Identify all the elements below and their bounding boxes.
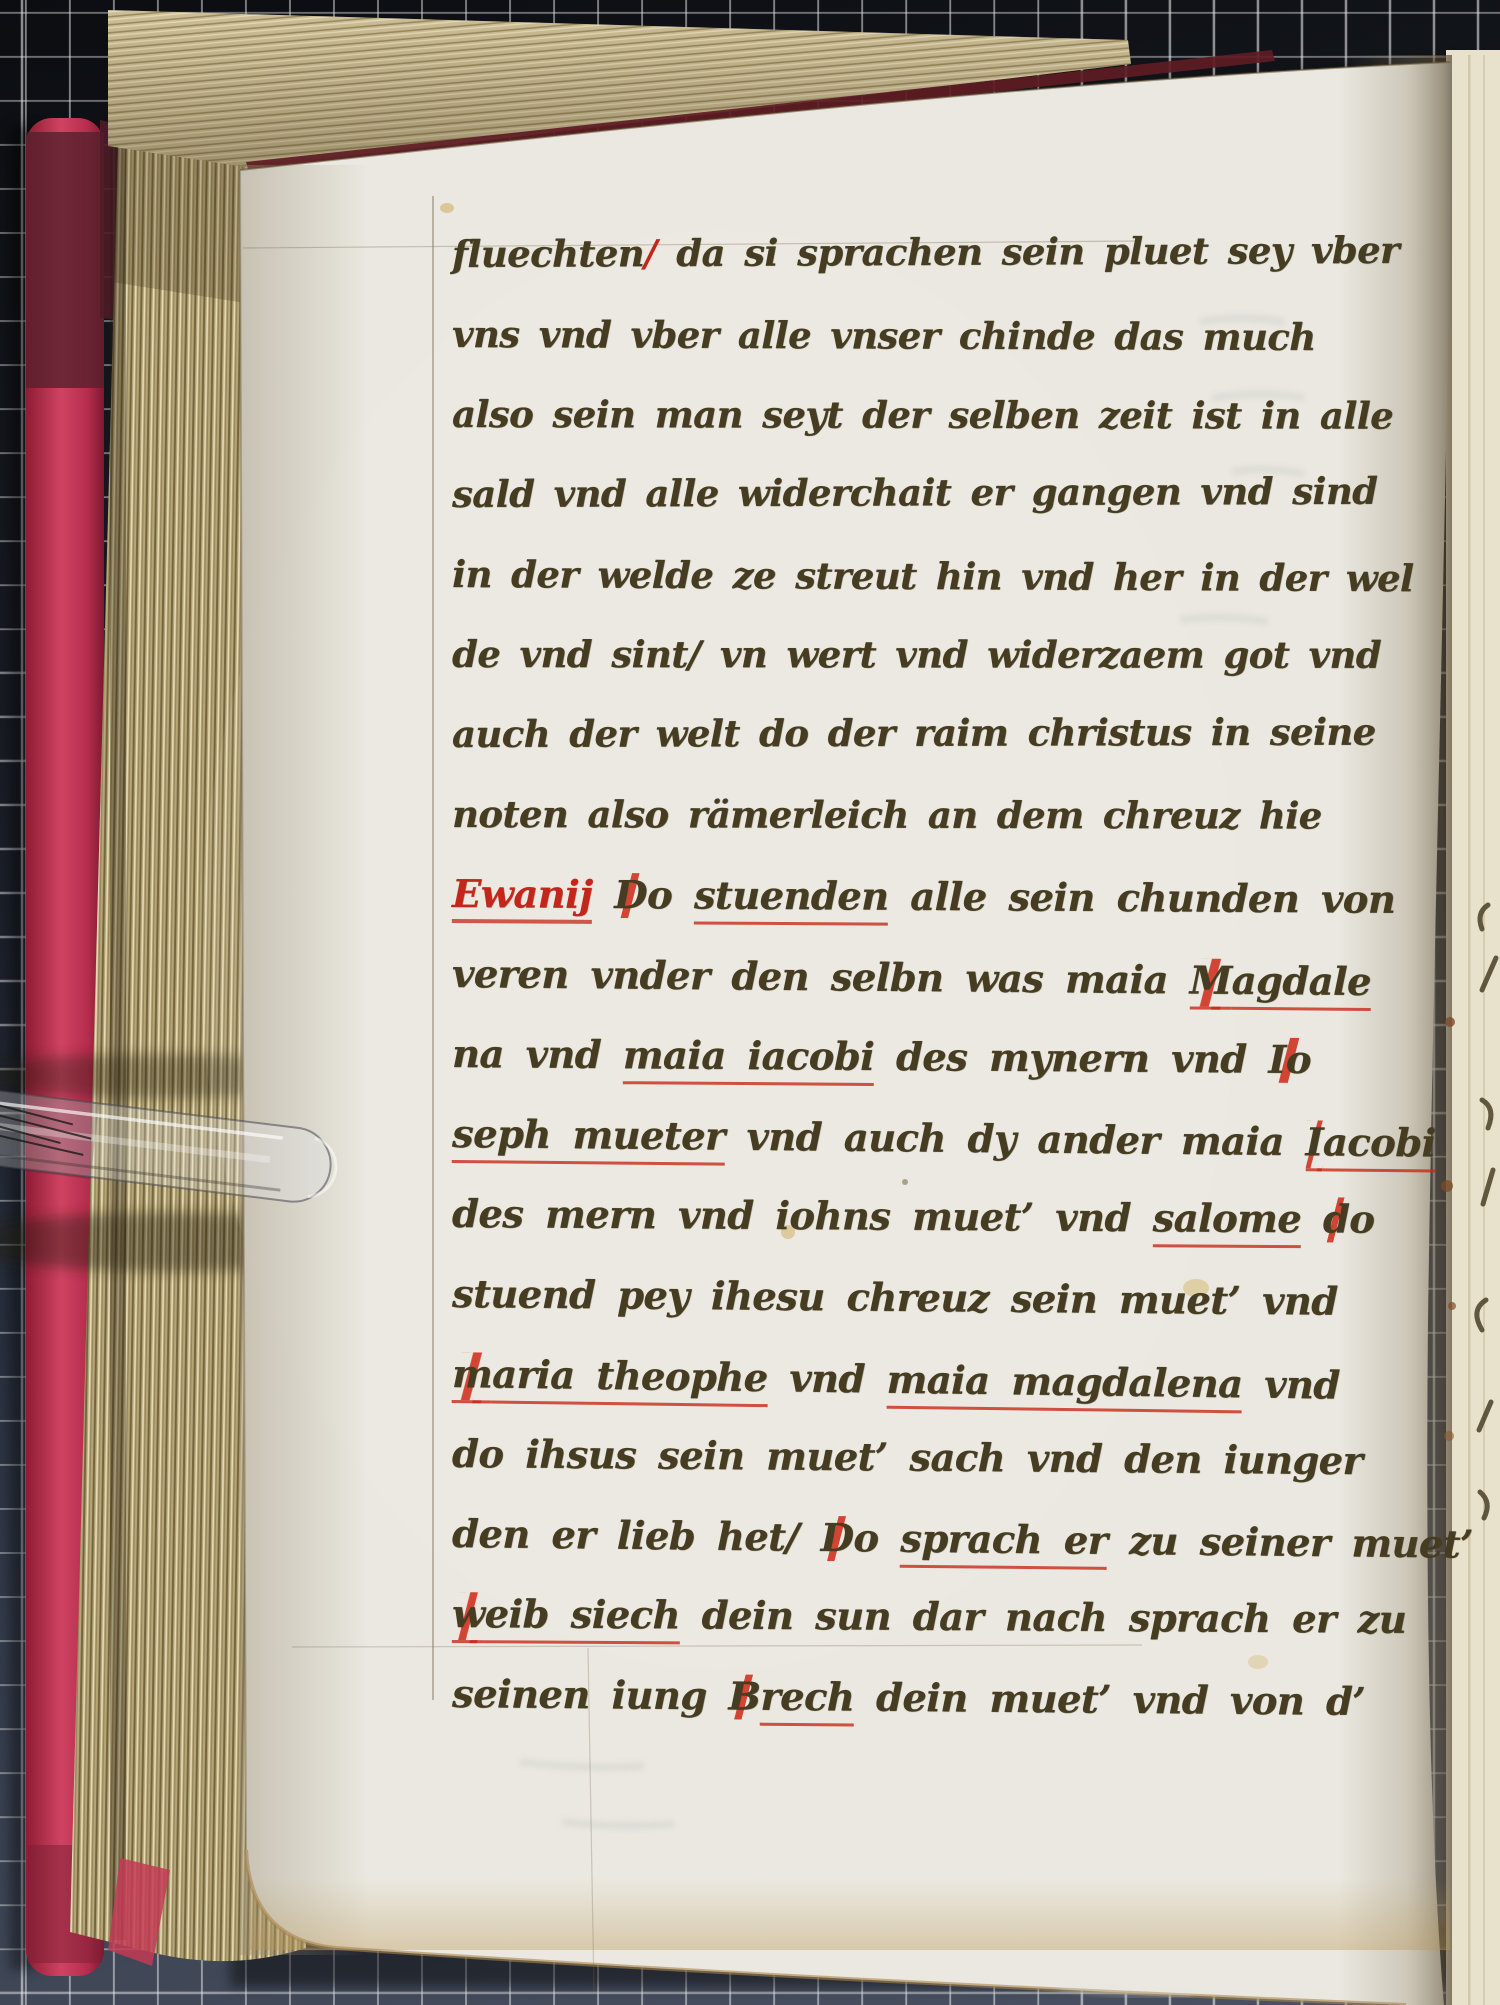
text-segment: sprach er <box>900 1517 1108 1570</box>
text-segment: also sein man seyt der selben zeit ist i… <box>452 392 1393 438</box>
text-segment: alle sein chunden von <box>888 875 1395 923</box>
text-segment: maia magdalena <box>886 1358 1242 1414</box>
manuscript-line: na vnd maia iacobi des mynern vnd Io <box>452 1036 1311 1080</box>
text-segment: in der welde ze streut hin vnd her in de… <box>452 552 1414 600</box>
text-block: fluechten/ da si sprachen sein pluet sey… <box>0 0 1500 2005</box>
text-segment: acobi <box>1323 1120 1436 1172</box>
text-segment: d <box>1323 1197 1350 1242</box>
text-segment: maia iacobi <box>623 1033 875 1086</box>
text-segment: o <box>647 873 694 918</box>
text-segment: dein sun dar nach sprach er zu <box>680 1593 1407 1642</box>
text-segment: I <box>1305 1120 1323 1171</box>
text-segment: dein muet’ vnd von d’ <box>854 1676 1365 1725</box>
text-segment: noten also rämerleich an dem chreuz hie <box>452 792 1322 838</box>
text-segment: veren vnder den selbn was maia <box>452 952 1190 1003</box>
text-segment: salome <box>1152 1196 1301 1248</box>
manuscript-line: seinen iung Brech dein muet’ vnd von d’ <box>452 1676 1365 1722</box>
text-segment: de vnd sint/ vn wert vnd widerzaem got v… <box>452 632 1381 677</box>
text-segment: zu seiner muet’ <box>1107 1519 1473 1568</box>
manuscript-line: maria theophe vnd maia magdalena vnd <box>452 1356 1340 1406</box>
manuscript-line: stuend pey ihesu chreuz sein muet’ vnd <box>452 1276 1338 1322</box>
manuscript-line: auch der welt do der raim christus in se… <box>452 714 1376 753</box>
text-segment: D <box>820 1516 853 1561</box>
text-segment: vns vnd vber alle vnser chinde das much <box>452 312 1316 359</box>
manuscript-line: in der welde ze streut hin vnd her in de… <box>452 556 1414 597</box>
text-segment: aria theophe <box>492 1353 768 1408</box>
text-segment <box>1301 1197 1323 1242</box>
text-segment <box>592 873 614 918</box>
manuscript-line: also sein man seyt der selben zeit ist i… <box>452 396 1393 435</box>
text-segment: stuend pey ihesu chreuz sein muet’ vnd <box>452 1272 1338 1325</box>
manuscript-line: de vnd sint/ vn wert vnd widerzaem got v… <box>452 636 1381 674</box>
manuscript-line: fluechten/ da si sprachen sein pluet sey… <box>452 232 1399 273</box>
text-segment: den er lieb het/ <box>452 1512 821 1561</box>
text-segment: stuenden <box>694 873 889 925</box>
manuscript-line: do ihsus sein muet’ sach vnd den iunger <box>452 1436 1363 1482</box>
text-segment: agdale <box>1231 959 1371 1011</box>
manuscript-line: noten also rämerleich an dem chreuz hie <box>452 796 1322 835</box>
text-segment: sald vnd alle widerchait er gangen vnd s… <box>452 469 1378 516</box>
manuscript-line: veren vnder den selbn was maia Magdale <box>452 956 1371 1003</box>
manuscript-line: weib siech dein sun dar nach sprach er z… <box>452 1596 1406 1640</box>
text-segment: vnd <box>1242 1362 1340 1408</box>
manuscript-line: des mern vnd iohns muet’ vnd salome do <box>452 1196 1375 1240</box>
text-segment: do ihsus sein muet’ sach vnd den iunger <box>452 1432 1363 1484</box>
photo-stage: fluechten/ da si sprachen sein pluet sey… <box>0 0 1500 2005</box>
rubric-word: Ewanij <box>452 872 593 924</box>
text-segment: auch der welt do der raim christus in se… <box>452 710 1376 756</box>
manuscript-line: Ewanij Do stuenden alle sein chunden von <box>452 876 1395 920</box>
text-segment: B <box>728 1674 760 1719</box>
text-segment: fluechten <box>452 231 644 276</box>
text-segment: des mern vnd iohns muet’ vnd <box>452 1192 1153 1241</box>
text-segment: seinen iung <box>452 1672 729 1719</box>
text-segment: rech <box>760 1675 854 1727</box>
text-segment: w <box>452 1592 485 1643</box>
text-segment: seph mueter <box>452 1112 725 1166</box>
text-segment: des mynern vnd <box>874 1035 1269 1083</box>
manuscript-line: vns vnd vber alle vnser chinde das much <box>452 316 1316 356</box>
text-segment: vnd auch dy ander maia <box>724 1115 1305 1166</box>
text-segment: vnd <box>767 1356 887 1403</box>
text-segment: / <box>644 231 657 275</box>
manuscript-line: seph mueter vnd auch dy ander maia Iacob… <box>452 1116 1436 1164</box>
text-segment: eib siech <box>484 1592 680 1644</box>
manuscript-line: sald vnd alle widerchait er gangen vnd s… <box>452 473 1378 513</box>
text-segment: m <box>452 1352 493 1404</box>
text-segment: o <box>1349 1197 1374 1242</box>
text-segment: na vnd <box>452 1032 623 1078</box>
text-segment: M <box>1189 958 1231 1009</box>
text-segment: da si sprachen sein pluet sey vber <box>657 228 1399 275</box>
text-segment: D <box>614 873 647 918</box>
manuscript-line: den er lieb het/ Do sprach er zu seiner … <box>452 1516 1473 1565</box>
text-segment: o <box>853 1516 900 1561</box>
text-segment: Io <box>1268 1038 1311 1083</box>
